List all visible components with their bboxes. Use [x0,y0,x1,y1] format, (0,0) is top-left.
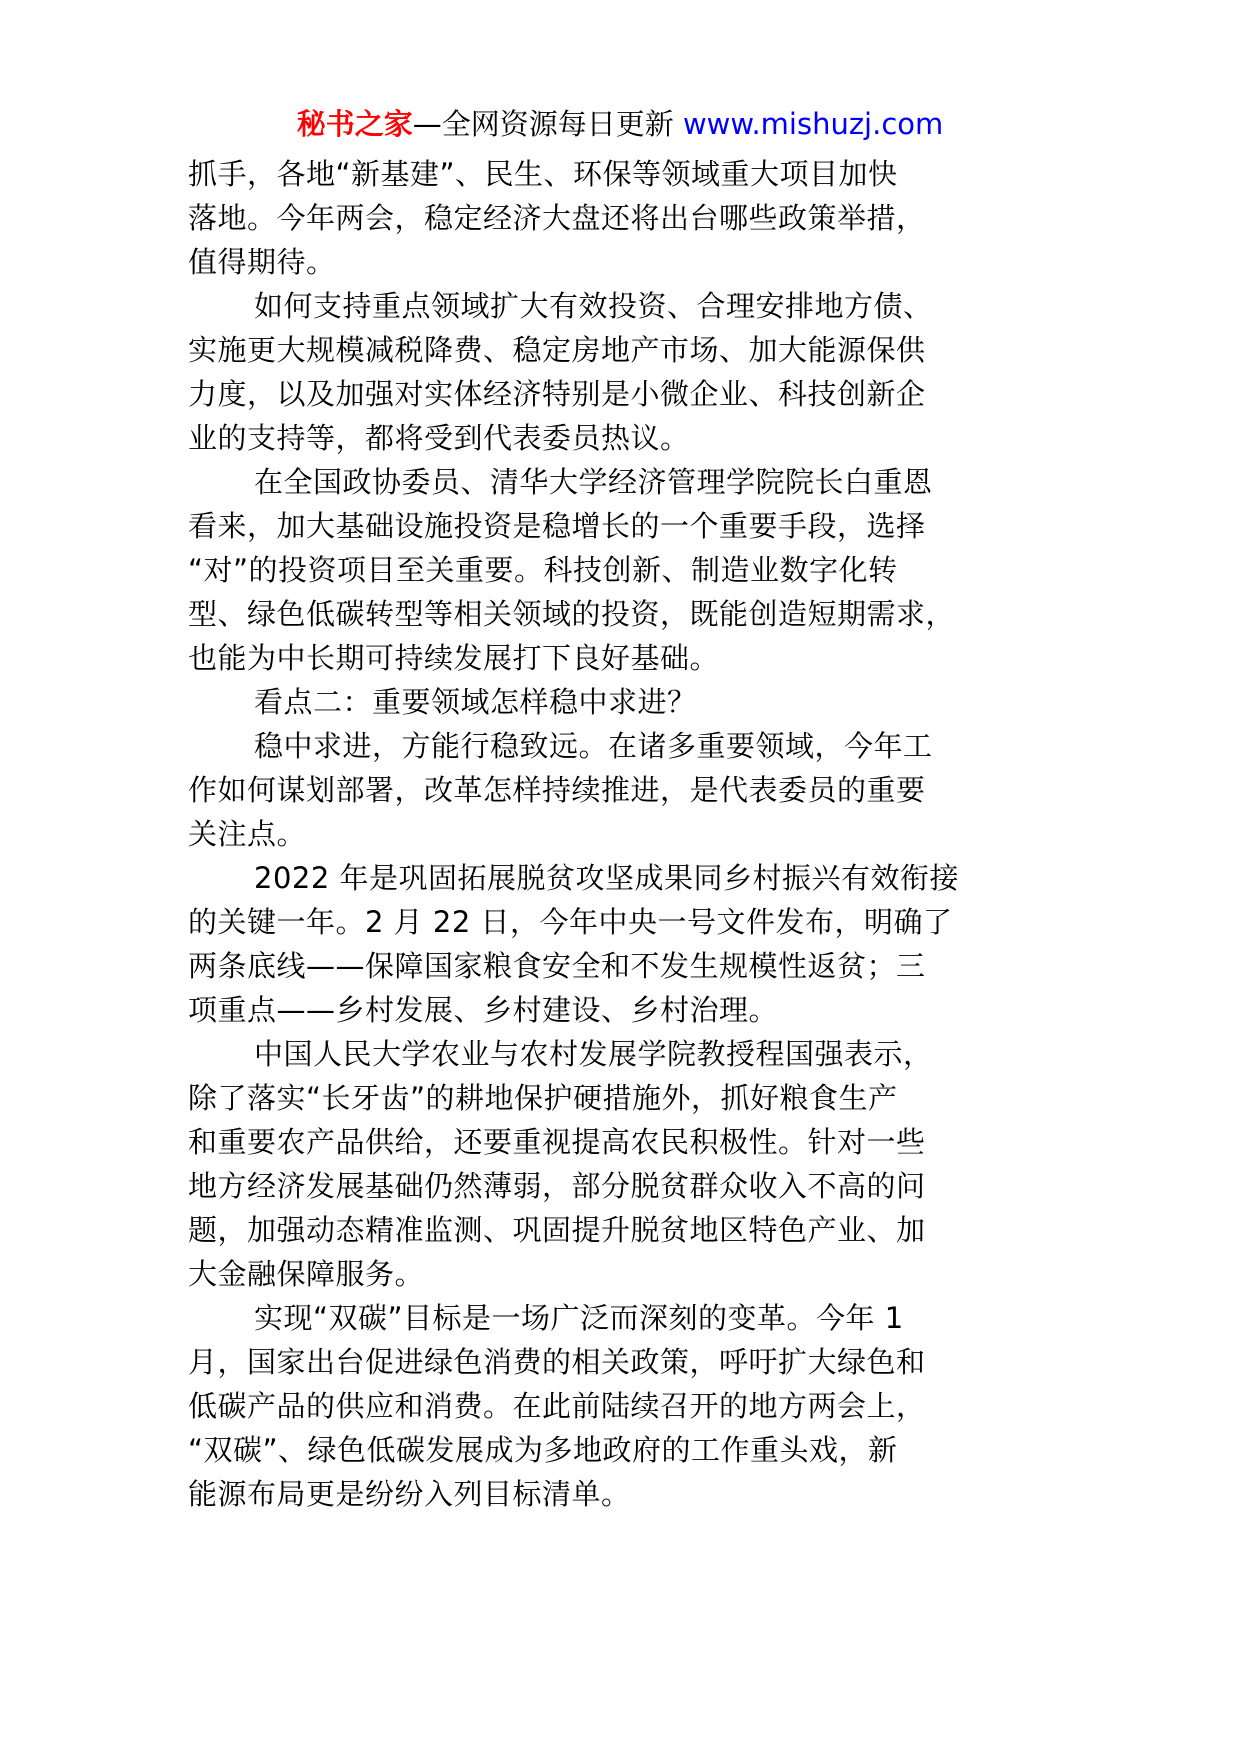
text-line: 大金融保障服务。 [188,1252,1068,1296]
text-line: 值得期待。 [188,240,1068,284]
text-line: 低碳产品的供应和消费。在此前陆续召开的地方两会上， [188,1384,1068,1428]
text-line: 的关键一年。2 月 22 日，今年中央一号文件发布，明确了 [188,900,1068,944]
header-tagline: —全网资源每日更新 [413,107,683,141]
text-line: “对”的投资项目至关重要。科技创新、制造业数字化转 [188,548,1068,592]
text-line: 能源布局更是纷纷入列目标清单。 [188,1472,1068,1516]
text-line: 在全国政协委员、清华大学经济管理学院院长白重恩 [188,460,1068,504]
section-heading: 看点二：重要领域怎样稳中求进？ [188,680,1068,724]
text-line: 地方经济发展基础仍然薄弱，部分脱贫群众收入不高的问 [188,1164,1068,1208]
text-line: 稳中求进，方能行稳致远。在诸多重要领域，今年工 [188,724,1068,768]
text-line: 作如何谋划部署，改革怎样持续推进，是代表委员的重要 [188,768,1068,812]
text-line: 实施更大规模减税降费、稳定房地产市场、加大能源保供 [188,328,1068,372]
text-line: 中国人民大学农业与农村发展学院教授程国强表示， [188,1032,1068,1076]
text-line: 除了落实“长牙齿”的耕地保护硬措施外，抓好粮食生产 [188,1076,1068,1120]
brand-name: 秘书之家 [297,107,413,141]
text-line: 业的支持等，都将受到代表委员热议。 [188,416,1068,460]
text-line: 项重点——乡村发展、乡村建设、乡村治理。 [188,988,1068,1032]
text-line: 和重要农产品供给，还要重视提高农民积极性。针对一些 [188,1120,1068,1164]
text-line: 型、绿色低碳转型等相关领域的投资，既能创造短期需求， [188,592,1068,636]
text-line: 如何支持重点领域扩大有效投资、合理安排地方债、 [188,284,1068,328]
text-line: 月，国家出台促进绿色消费的相关政策，呼吁扩大绿色和 [188,1340,1068,1384]
text-line: 两条底线——保障国家粮食安全和不发生规模性返贫；三 [188,944,1068,988]
text-line: 2022 年是巩固拓展脱贫攻坚成果同乡村振兴有效衔接 [188,856,1068,900]
text-line: 实现“双碳”目标是一场广泛而深刻的变革。今年 1 [188,1296,1068,1340]
text-line: 看来，加大基础设施投资是稳增长的一个重要手段，选择 [188,504,1068,548]
text-line: 力度，以及加强对实体经济特别是小微企业、科技创新企 [188,372,1068,416]
document-body: 抓手，各地“新基建”、民生、环保等领域重大项目加快 落地。今年两会，稳定经济大盘… [188,152,1068,1516]
page-header: 秘书之家—全网资源每日更新 www.mishuzj.com [0,104,1240,144]
text-line: 也能为中长期可持续发展打下良好基础。 [188,636,1068,680]
text-line: 关注点。 [188,812,1068,856]
site-url-link[interactable]: www.mishuzj.com [683,107,943,141]
text-line: 题，加强动态精准监测、巩固提升脱贫地区特色产业、加 [188,1208,1068,1252]
text-line: “双碳”、绿色低碳发展成为多地政府的工作重头戏，新 [188,1428,1068,1472]
text-line: 落地。今年两会，稳定经济大盘还将出台哪些政策举措， [188,196,1068,240]
text-line: 抓手，各地“新基建”、民生、环保等领域重大项目加快 [188,152,1068,196]
